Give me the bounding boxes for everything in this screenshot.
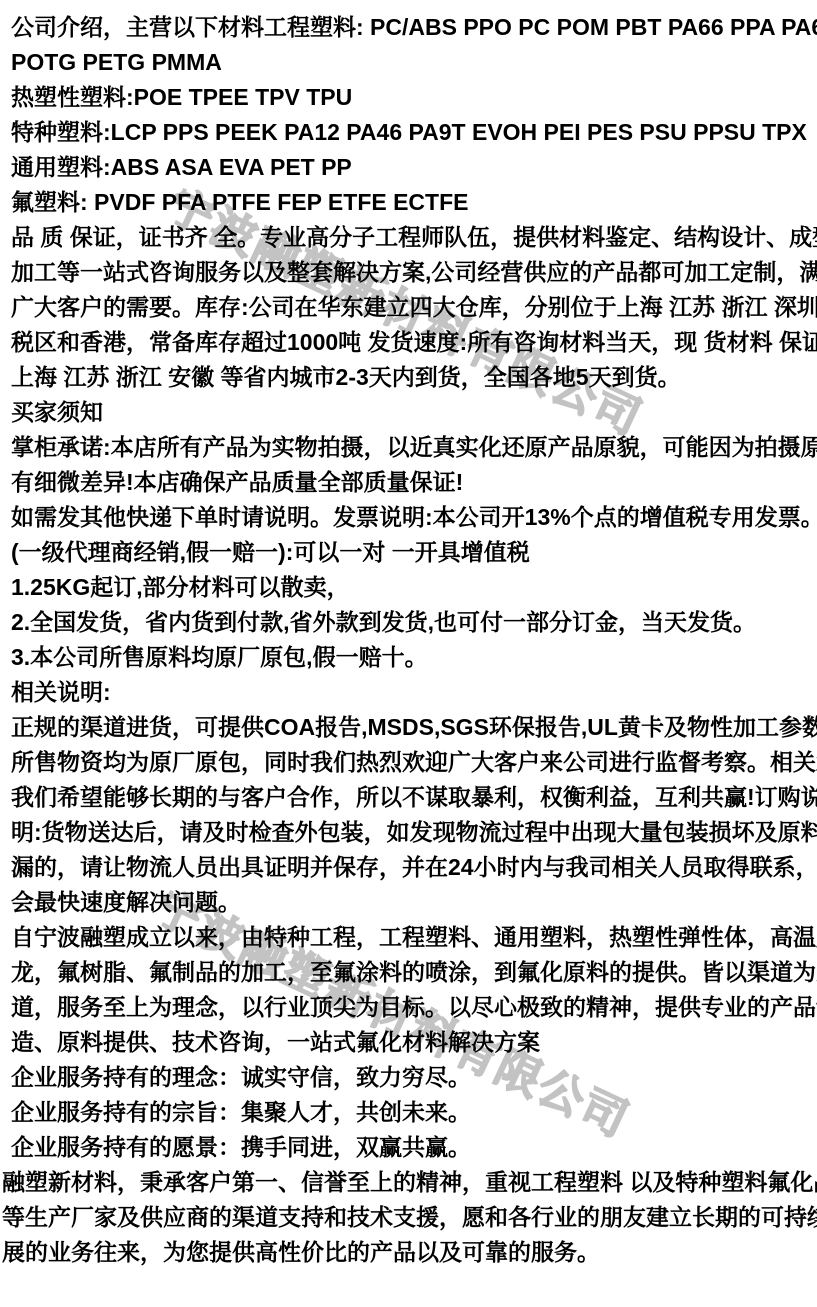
text-line: 加工等一站式咨询服务以及整套解决方案,公司经营供应的产品都可加工定制，满足 [0,255,817,290]
text-line: 税区和香港，常备库存超过1000吨 发货速度:所有咨询材料当天，现 货材料 保证 [0,325,817,360]
text-line: 氟塑料: PVDF PFA PTFE FEP ETFE ECTFE [0,185,817,220]
text-line: 掌柜承诺:本店所有产品为实物拍摄，以近真实化还原产品原貌，可能因为拍摄原因 [0,430,817,465]
text-line: 特种塑料:LCP PPS PEEK PA12 PA46 PA9T EVOH PE… [0,115,817,150]
text-line: 广大客户的需要。库存:公司在华东建立四大仓库，分别位于上海 江苏 浙江 深圳保 [0,290,817,325]
text-line: 3.本公司所售原料均原厂原包,假一赔十。 [0,640,817,675]
text-line: 造、原料提供、技术咨询，一站式氟化材料解决方案 [0,1025,817,1060]
text-line: 道，服务至上为理念，以行业顶尖为目标。以尽心极致的精神，提供专业的产品制 [0,990,817,1025]
text-line: 我们希望能够长期的与客户合作，所以不谋取暴利，权衡利益，互利共赢!订购说 [0,780,817,815]
text-line: 2.全国发货，省内货到付款,省外款到发货,也可付一部分订金，当天发货。 [0,605,817,640]
text-line: 企业服务持有的愿景：携手同进，双赢共赢。 [0,1130,817,1165]
body-text: 公司介绍，主营以下材料工程塑料: PC/ABS PPO PC POM PBT P… [0,10,817,1270]
text-line: 热塑性塑料:POE TPEE TPV TPU [0,80,817,115]
text-line: 所售物资均为原厂原包，同时我们热烈欢迎广大客户来公司进行监督考察。相关承诺: [0,745,817,780]
text-line: 买家须知 [0,395,817,430]
text-line: 明:货物送达后，请及时检查外包装，如发现物流过程中出现大量包装损坏及原料外 [0,815,817,850]
text-line: 品 质 保证，证书齐 全。专业高分子工程师队伍，提供材料鉴定、结构设计、成型 [0,220,817,255]
text-line: 展的业务往来，为您提供高性价比的产品以及可靠的服务。 [0,1235,817,1270]
text-line: 等生产厂家及供应商的渠道支持和技术支援，愿和各行业的朋友建立长期的可持续发 [0,1200,817,1235]
text-line: 公司介绍，主营以下材料工程塑料: PC/ABS PPO PC POM PBT P… [0,10,817,45]
text-line: 正规的渠道进货，可提供COA报告,MSDS,SGS环保报告,UL黄卡及物性加工参… [0,710,817,745]
text-line: 有细微差异!本店确保产品质量全部质量保证! [0,465,817,500]
text-line: 龙，氟树脂、氟制品的加工，至氟涂料的喷涂，到氟化原料的提供。皆以渠道为王 [0,955,817,990]
text-line: 企业服务持有的宗旨：集聚人才，共创未来。 [0,1095,817,1130]
text-line: 企业服务持有的理念：诚实守信，致力穷尽。 [0,1060,817,1095]
text-line: 通用塑料:ABS ASA EVA PET PP [0,150,817,185]
text-line: 1.25KG起订,部分材料可以散卖， [0,570,817,605]
text-line: 上海 江苏 浙江 安徽 等省内城市2-3天内到货，全国各地5天到货。 [0,360,817,395]
product-description-page: 宁波融塑新材料有限公司 宁波融塑新材料有限公司 公司介绍，主营以下材料工程塑料:… [0,0,817,1307]
text-line: 融塑新材料，秉承客户第一、信誉至上的精神，重视工程塑料 以及特种塑料氟化品 [0,1165,817,1200]
text-line: 如需发其他快递下单时请说明。发票说明:本公司开13%个点的增值税专用发票。 [0,500,817,535]
text-line: (一级代理商经销,假一赔一):可以一对 一开具增值税 [0,535,817,570]
text-line: 相关说明: [0,675,817,710]
text-line: 自宁波融塑成立以来，由特种工程，工程塑料、通用塑料，热塑性弹性体，高温尼 [0,920,817,955]
text-line: POTG PETG PMMA [0,45,817,80]
text-line: 漏的，请让物流人员出具证明并保存，并在24小时内与我司相关人员取得联系，我们 [0,850,817,885]
text-line: 会最快速度解决问题。 [0,885,817,920]
